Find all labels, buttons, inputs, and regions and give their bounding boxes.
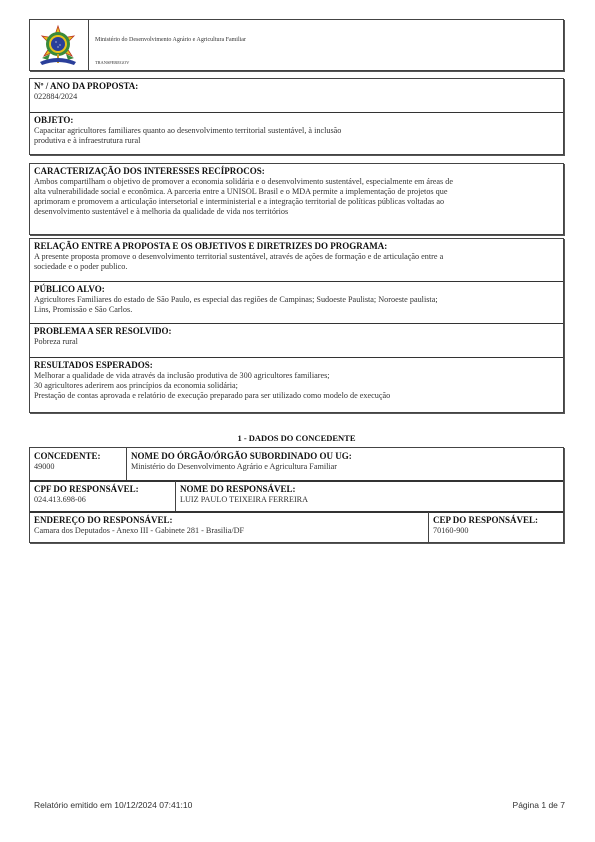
cpf-value: 024.413.698-06 [34, 495, 172, 505]
audience-section: PÚBLICO ALVO: Agricultores Familiares do… [30, 281, 563, 323]
interests-line: aprimoram e promovem a articulação inter… [34, 197, 559, 207]
concedente-code-cell: CONCEDENTE: 49000 [30, 448, 127, 480]
interests-line: Ambos compartilham o objetivo de promove… [34, 177, 559, 187]
system-name: TRANSFEREGOV [95, 60, 129, 65]
cep-value: 70160-900 [433, 526, 559, 536]
object-line: Capacitar agricultores familiares quanto… [34, 126, 559, 136]
proposal-box: Nº / ANO DA PROPOSTA: 022884/2024 OBJETO… [29, 78, 564, 155]
responsible-name-cell: NOME DO RESPONSÁVEL: LUIZ PAULO TEIXEIRA… [176, 481, 563, 512]
relation-line: sociedade e o poder publico. [34, 262, 559, 272]
interests-box: CARACTERIZAÇÃO DOS INTERESSES RECÍPROCOS… [29, 163, 564, 235]
cep-cell: CEP DO RESPONSÁVEL: 70160-900 [429, 512, 563, 543]
program-box: RELAÇÃO ENTRE A PROPOSTA E OS OBJETIVOS … [29, 238, 564, 413]
interests-label: CARACTERIZAÇÃO DOS INTERESSES RECÍPROCOS… [34, 166, 559, 177]
proposal-number-section: Nº / ANO DA PROPOSTA: 022884/2024 [30, 79, 563, 112]
cpf-cell: CPF DO RESPONSÁVEL: 024.413.698-06 [30, 481, 176, 512]
address-value: Camara dos Deputados - Anexo III - Gabin… [34, 526, 425, 536]
relation-section: RELAÇÃO ENTRE A PROPOSTA E OS OBJETIVOS … [30, 239, 563, 281]
relation-line: A presente proposta promove o desenvolvi… [34, 252, 559, 262]
problem-section: PROBLEMA A SER RESOLVIDO: Pobreza rural [30, 323, 563, 357]
interests-line: desenvolvimento sustentável e à melhoria… [34, 207, 559, 217]
proposal-number-label: Nº / ANO DA PROPOSTA: [34, 81, 559, 92]
report-issued-text: Relatório emitido em 10/12/2024 07:41:10 [34, 800, 192, 810]
cpf-label: CPF DO RESPONSÁVEL: [34, 484, 172, 495]
results-line: Melhorar a qualidade de vida através da … [34, 371, 559, 381]
interests-section: CARACTERIZAÇÃO DOS INTERESSES RECÍPROCOS… [30, 164, 563, 217]
relation-label: RELAÇÃO ENTRE A PROPOSTA E OS OBJETIVOS … [34, 241, 559, 252]
object-section: OBJETO: Capacitar agricultores familiare… [30, 112, 563, 156]
audience-line: Lins, Promissão e São Carlos. [34, 305, 559, 315]
problem-value: Pobreza rural [34, 337, 559, 347]
object-line: produtiva e à infraestrutura rural [34, 136, 559, 146]
audience-label: PÚBLICO ALVO: [34, 284, 559, 295]
emblem-cell [30, 20, 89, 70]
brazil-coat-of-arms-icon [36, 24, 80, 68]
page-number: Página 1 de 7 [513, 800, 565, 810]
cep-label: CEP DO RESPONSÁVEL: [433, 515, 559, 526]
results-section: RESULTADOS ESPERADOS: Melhorar a qualida… [30, 357, 563, 414]
address-cell: ENDEREÇO DO RESPONSÁVEL: Camara dos Depu… [30, 512, 429, 543]
concedente-section-title: 1 - DADOS DO CONCEDENTE [29, 433, 564, 443]
concedente-org-value: Ministério do Desenvolvimento Agrário e … [131, 462, 559, 472]
concedente-table: CONCEDENTE: 49000 NOME DO ÓRGÃO/ÓRGÃO SU… [29, 447, 564, 543]
object-label: OBJETO: [34, 115, 559, 126]
proposal-number-value: 022884/2024 [34, 92, 559, 102]
concedente-code-label: CONCEDENTE: [34, 451, 123, 462]
responsible-name-value: LUIZ PAULO TEIXEIRA FERREIRA [180, 495, 559, 505]
results-label: RESULTADOS ESPERADOS: [34, 360, 559, 371]
interests-line: alta vulnerabilidade social e econômica.… [34, 187, 559, 197]
concedente-org-label: NOME DO ÓRGÃO/ÓRGÃO SUBORDINADO OU UG: [131, 451, 559, 462]
ministry-name: Ministério do Desenvolvimento Agrário e … [95, 37, 246, 43]
results-line: 30 agricultores aderirem aos princípios … [34, 381, 559, 391]
concedente-code-value: 49000 [34, 462, 123, 472]
address-label: ENDEREÇO DO RESPONSÁVEL: [34, 515, 425, 526]
problem-label: PROBLEMA A SER RESOLVIDO: [34, 326, 559, 337]
concedente-org-cell: NOME DO ÓRGÃO/ÓRGÃO SUBORDINADO OU UG: M… [127, 448, 563, 480]
document-header: Ministério do Desenvolvimento Agrário e … [29, 19, 564, 71]
results-line: Prestação de contas aprovada e relatório… [34, 391, 559, 401]
responsible-name-label: NOME DO RESPONSÁVEL: [180, 484, 559, 495]
audience-line: Agricultores Familiares do estado de São… [34, 295, 559, 305]
